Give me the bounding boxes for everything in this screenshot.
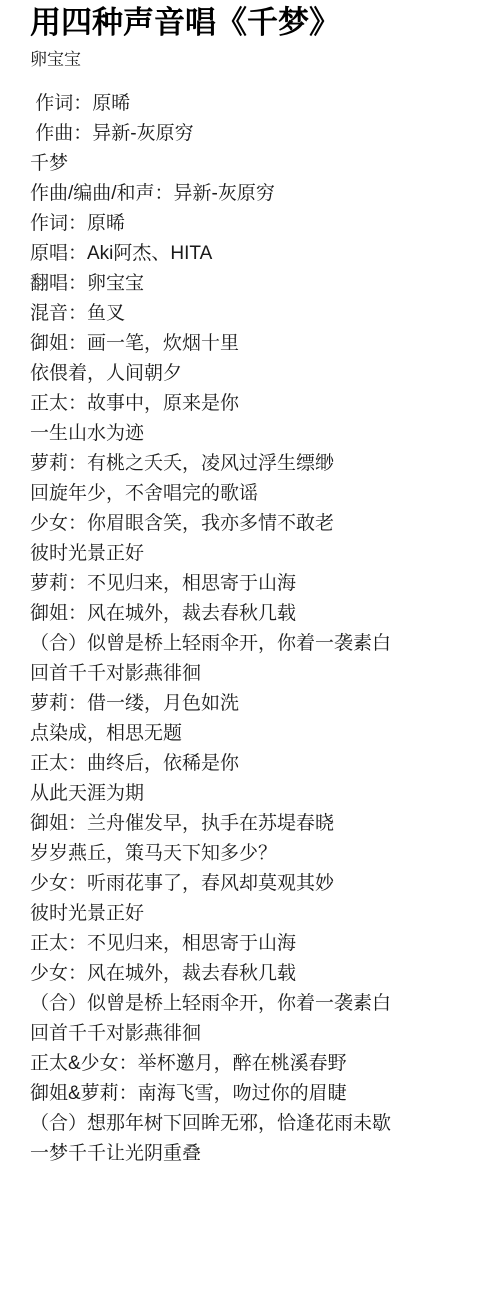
lyric-line: （合）想那年树下回眸无邪，恰逢花雨未歇 (30, 1109, 482, 1139)
lyric-line: 彼时光景正好 (30, 899, 482, 929)
lyrics-page: 用四种声音唱《千梦》 卵宝宝 作词：原晞 作曲：异新-灰原穷 千梦 作曲/编曲/… (0, 0, 500, 1300)
page-title: 用四种声音唱《千梦》 (30, 4, 482, 42)
lyric-line: 御姐：兰舟催发早，执手在苏堤春晓 (30, 809, 482, 839)
credit-line: 作曲/编曲/和声：异新-灰原穷 (30, 179, 482, 209)
lyric-line: 御姐&萝莉：南海飞雪，吻过你的眉睫 (30, 1079, 482, 1109)
credit-line: 作词：原晞 (30, 89, 482, 119)
lyric-line: 从此天涯为期 (30, 779, 482, 809)
credit-line: 混音：鱼叉 (30, 299, 482, 329)
lyric-line: （合）似曾是桥上轻雨伞开，你着一袭素白 (30, 629, 482, 659)
uploader-name: 卵宝宝 (30, 49, 482, 70)
lyric-line: 回首千千对影燕徘徊 (30, 1019, 482, 1049)
credit-line: 作词：原晞 (30, 209, 482, 239)
lyric-line: 御姐：画一笔，炊烟十里 (30, 329, 482, 359)
lyric-line: 岁岁燕丘，策马天下知多少？ (30, 839, 482, 869)
lyric-line: 正太：不见归来，相思寄于山海 (30, 929, 482, 959)
song-title-line: 千梦 (30, 149, 482, 179)
lyric-line: 正太：曲终后，依稀是你 (30, 749, 482, 779)
lyric-line: 少女：你眉眼含笑，我亦多情不敢老 (30, 509, 482, 539)
lyric-line: 回旋年少，不舍唱完的歌谣 (30, 479, 482, 509)
lyric-line: 点染成，相思无题 (30, 719, 482, 749)
lyric-line: （合）似曾是桥上轻雨伞开，你着一袭素白 (30, 989, 482, 1019)
lyric-line: 一梦千千让光阴重叠 (30, 1139, 482, 1169)
lyric-line: 少女：风在城外，裁去春秋几载 (30, 959, 482, 989)
lyric-line: 回首千千对影燕徘徊 (30, 659, 482, 689)
lyric-line: 一生山水为迹 (30, 419, 482, 449)
lyric-line: 萝莉：不见归来，相思寄于山海 (30, 569, 482, 599)
lyric-line: 少女：听雨花事了，春风却莫观其妙 (30, 869, 482, 899)
lyric-line: 萝莉：有桃之夭夭，凌风过浮生缥缈 (30, 449, 482, 479)
lyric-line: 御姐：风在城外，裁去春秋几载 (30, 599, 482, 629)
lyrics-block: 作词：原晞 作曲：异新-灰原穷 千梦 作曲/编曲/和声：异新-灰原穷 作词：原晞… (30, 89, 482, 1169)
lyric-line: 萝莉：借一缕，月色如洗 (30, 689, 482, 719)
credit-line: 翻唱：卵宝宝 (30, 269, 482, 299)
credit-line: 作曲：异新-灰原穷 (30, 119, 482, 149)
lyric-line: 正太&少女：举杯邀月，醉在桃溪春野 (30, 1049, 482, 1079)
lyric-line: 彼时光景正好 (30, 539, 482, 569)
lyric-line: 依偎着，人间朝夕 (30, 359, 482, 389)
lyric-line: 正太：故事中，原来是你 (30, 389, 482, 419)
credit-line: 原唱：Aki阿杰、HITA (30, 239, 482, 269)
